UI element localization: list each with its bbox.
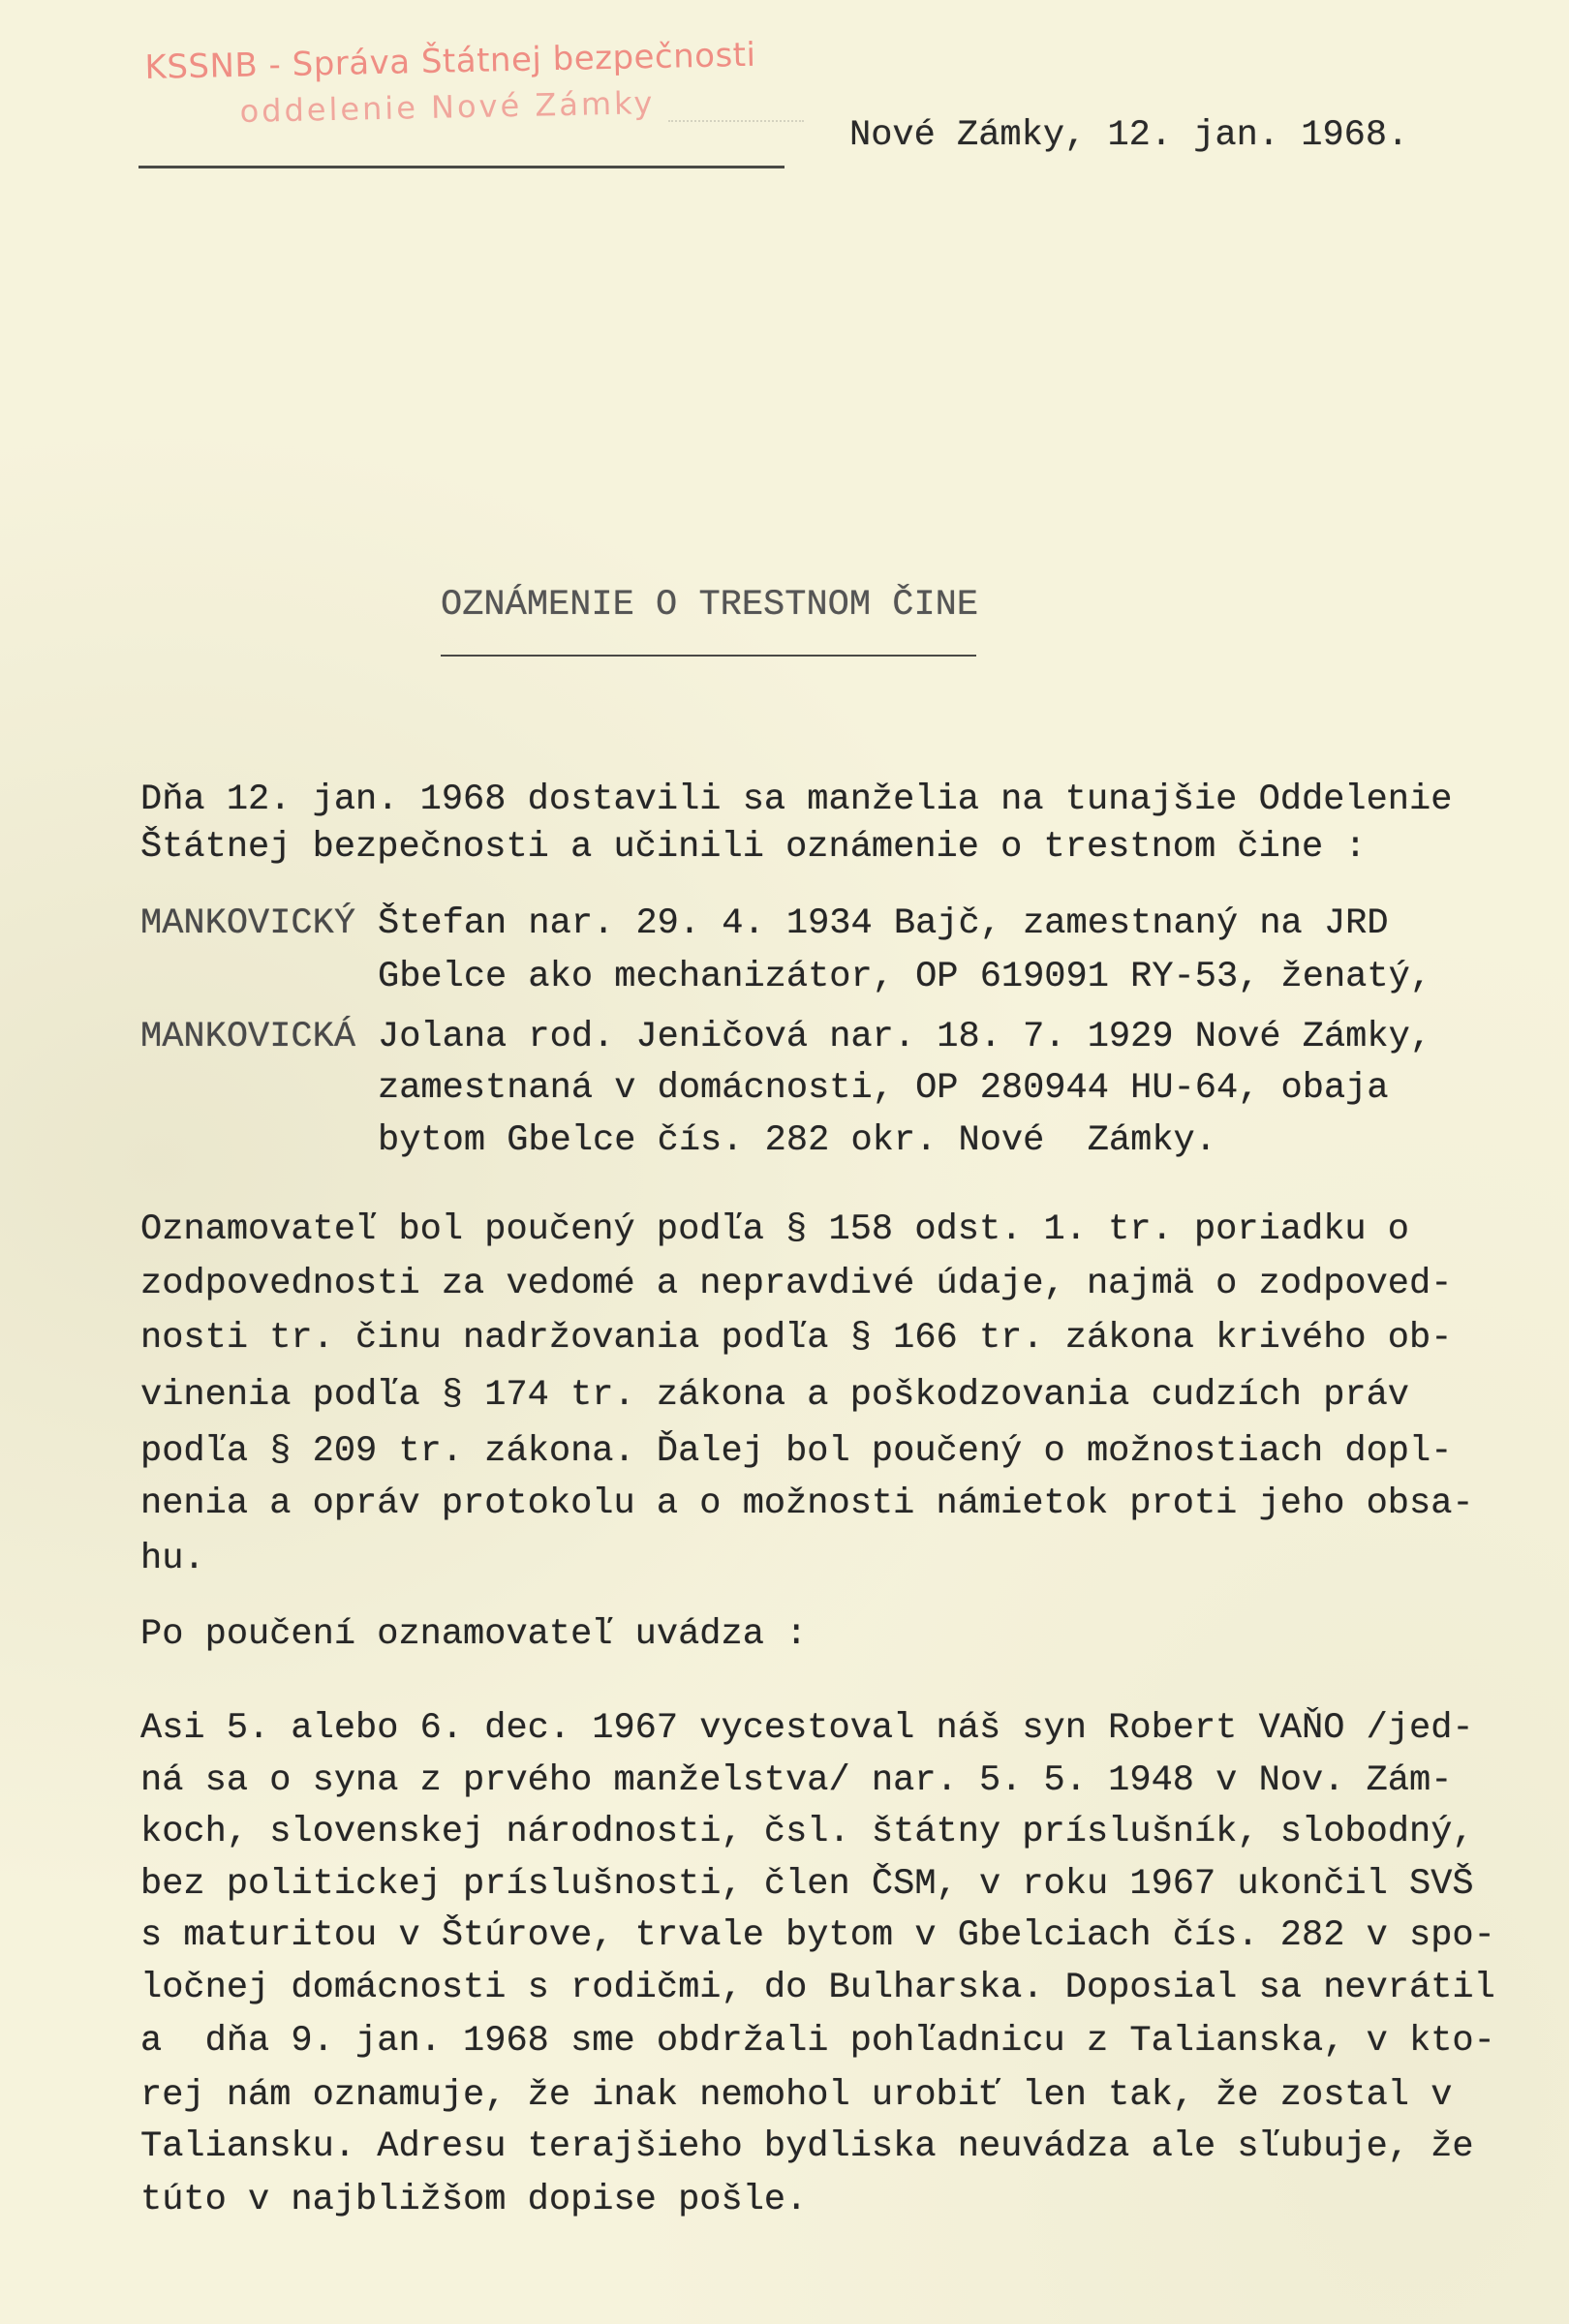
instruction-line: zodpovednosti za vedomé a nepravdivé úda… — [140, 1267, 1452, 1302]
statement-line: rej nám oznamuje, že inak nemohol urobiť… — [140, 2078, 1452, 2114]
statement-line: bez politickej príslušnosti, člen ČSM, v… — [140, 1867, 1474, 1903]
statement-intro: Po poučení oznamovateľ uvádza : — [140, 1617, 807, 1653]
instruction-line: vinenia podľa § 174 tr. zákona a poškodz… — [140, 1378, 1409, 1414]
title-underline — [441, 655, 976, 657]
instruction-line: hu. — [140, 1542, 205, 1577]
person-detail-line: Gbelce ako mechanizátor, OP 619091 RY-53… — [378, 960, 1431, 995]
intro-line: Štátnej bezpečnosti a učinili oznámenie … — [140, 830, 1367, 866]
person-detail-line: Štefan nar. 29. 4. 1934 Bajč, zamestnaný… — [378, 906, 1389, 942]
person-detail-line: Jolana rod. Jeničová nar. 18. 7. 1929 No… — [378, 1020, 1431, 1055]
statement-line: Taliansku. Adresu terajšieho bydliska ne… — [140, 2129, 1474, 2165]
document-page: KSSNB - Správa Štátnej bezpečnosti oddel… — [0, 0, 1569, 2324]
intro-line: Dňa 12. jan. 1968 dostavili sa manželia … — [140, 782, 1452, 818]
instruction-line: nosti tr. činu nadržovania podľa § 166 t… — [140, 1321, 1452, 1357]
instruction-line: podľa § 209 tr. zákona. Ďalej bol poučen… — [140, 1434, 1452, 1470]
person-surname: MANKOVICKÁ — [140, 1020, 355, 1055]
instruction-line: nenia a opráv protokolu a o možnosti nám… — [140, 1486, 1474, 1522]
person-detail-line: zamestnaná v domácnosti, OP 280944 HU-64… — [378, 1071, 1389, 1107]
document-title: OZNÁMENIE O TRESTNOM ČINE — [441, 588, 978, 624]
statement-line: Asi 5. alebo 6. dec. 1967 vycestoval náš… — [140, 1711, 1474, 1747]
stamp-dotted-line — [668, 120, 804, 122]
place-date: Nové Zámky, 12. jan. 1968. — [849, 118, 1408, 154]
office-stamp-line-1: KSSNB - Správa Štátnej bezpečnosti — [144, 36, 756, 87]
statement-line: túto v najbližšom dopise pošle. — [140, 2183, 807, 2218]
person-detail-line: bytom Gbelce čís. 282 okr. Nové Zámky. — [378, 1123, 1216, 1159]
statement-line: ná sa o syna z prvého manželstva/ nar. 5… — [140, 1763, 1452, 1799]
person-surname: MANKOVICKÝ — [140, 906, 355, 942]
statement-line: koch, slovenskej národnosti, čsl. štátny… — [140, 1815, 1474, 1850]
statement-line: s maturitou v Štúrove, trvale bytom v Gb… — [140, 1918, 1495, 1954]
instruction-line: Oznamovateľ bol poučený podľa § 158 odst… — [140, 1212, 1409, 1248]
statement-line: ločnej domácnosti s rodičmi, do Bulharsk… — [140, 1971, 1495, 2006]
statement-line: a dňa 9. jan. 1968 sme obdržali pohľadni… — [140, 2024, 1495, 2060]
header-rule — [138, 166, 784, 168]
office-stamp-line-2: oddelenie Nové Zámky — [239, 84, 656, 130]
